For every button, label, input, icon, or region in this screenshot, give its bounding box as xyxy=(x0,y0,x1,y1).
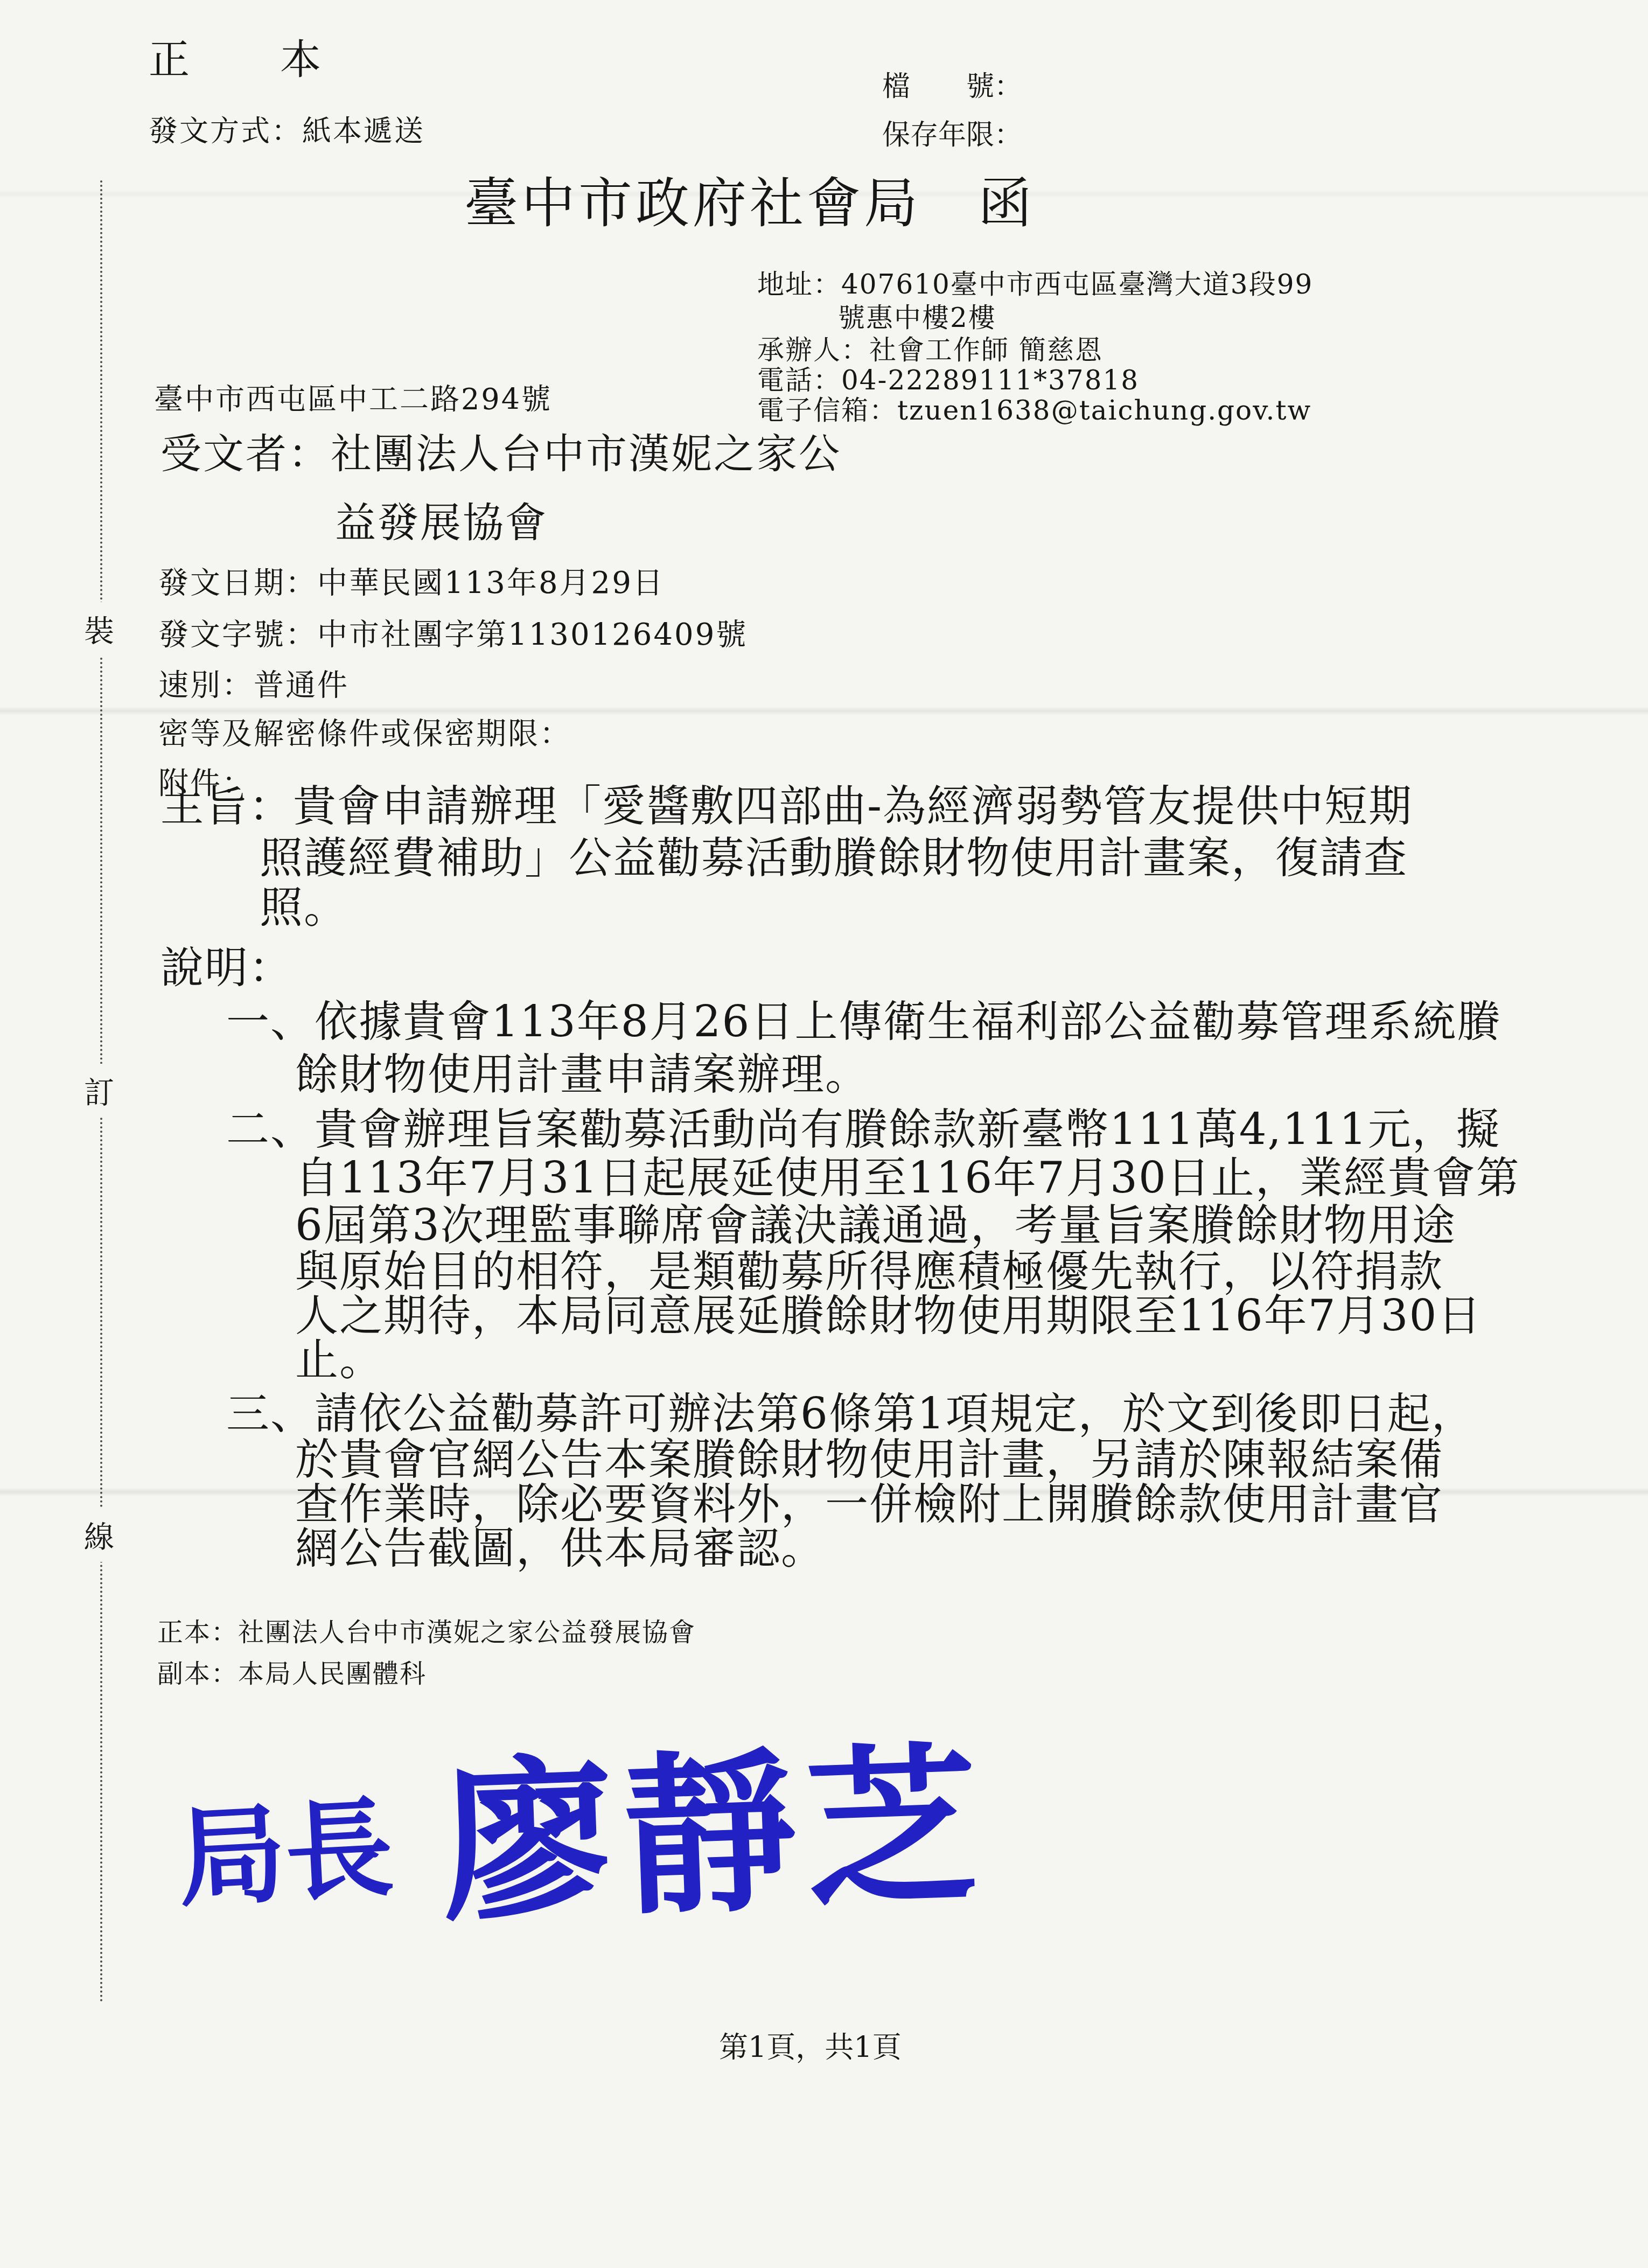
recipient-line1: 受文者：社團法人台中市漢妮之家公 xyxy=(160,431,841,477)
speed-class: 速別：普通件 xyxy=(158,669,349,703)
file-number-label: 檔 號： xyxy=(882,71,1022,102)
subject-line: 照護經費補助」公益勸募活動賸餘財物使用計畫案，復請查 xyxy=(260,834,1408,882)
issue-date: 發文日期：中華民國113年8月29日 xyxy=(158,567,665,601)
explanation-item3-line: 查作業時，除必要資料外，一併檢附上開賸餘款使用計畫官 xyxy=(295,1480,1443,1529)
explanation-item2-line: 6屆第3次理監事聯席會議決議通過，考量旨案賸餘財物用途 xyxy=(295,1201,1456,1250)
agency-phone: 電話：04-22289111*37818 xyxy=(757,365,1139,395)
signature-name: 廖靜芝 xyxy=(438,1729,991,1941)
explanation-item3-line: 於貴會官網公告本案賸餘財物使用計畫，另請於陳報結案備 xyxy=(295,1435,1443,1484)
binding-mark-ding: 訂 xyxy=(84,1064,114,1118)
explanation-item3-line: 三、請依公益勸募許可辦法第6條第1項規定，於文到後即日起， xyxy=(226,1390,1476,1438)
document-number: 發文字號：中市社團字第1130126409號 xyxy=(158,618,748,652)
explanation-item2-line: 止。 xyxy=(295,1336,383,1384)
explanation-item2-line: 與原始目的相符，是類勸募所得應積極優先執行，以符捐款 xyxy=(295,1247,1443,1296)
agency-email: 電子信箱：tzuen1638@taichung.gov.tw xyxy=(757,395,1311,425)
agency-contact-person: 承辦人：社會工作師 簡慈恩 xyxy=(757,335,1103,365)
scanned-official-letter: 裝 訂 線 正 本 發文方式：紙本遞送 檔 號： 保存年限： 臺中市政府社會局 … xyxy=(0,0,1648,2268)
recipient-line2: 益發展協會 xyxy=(335,500,548,546)
delivery-method: 發文方式：紙本遞送 xyxy=(149,115,425,148)
agency-address-line2: 號惠中樓2樓 xyxy=(838,303,996,333)
carbon-copy-recipient: 副本：本局人民團體科 xyxy=(157,1660,427,1689)
original-copy-recipient: 正本：社團法人台中市漢妮之家公益發展協會 xyxy=(157,1618,696,1648)
copy-type-label: 正 本 xyxy=(149,37,346,82)
agency-address-line1: 地址：407610臺中市西屯區臺灣大道3段99 xyxy=(757,269,1313,299)
explanation-item2-line: 自113年7月31日起展延使用至116年7月30日止，業經貴會第 xyxy=(295,1154,1520,1202)
explanation-item1-line: 一、依據貴會113年8月26日上傳衛生福利部公益勸募管理系統賸 xyxy=(226,997,1501,1046)
binding-mark-zhuang: 裝 xyxy=(84,602,114,656)
binding-mark-xian: 線 xyxy=(84,1508,114,1562)
subject-line: 主旨：貴會申請辦理「愛醬敷四部曲-為經濟弱勢管友提供中短期 xyxy=(160,782,1413,831)
retention-label: 保存年限： xyxy=(882,120,1022,151)
explanation-item2-line: 二、貴會辦理旨案勸募活動尚有賸餘款新臺幣111萬4,111元，擬 xyxy=(226,1105,1500,1154)
explanation-item1-line: 餘財物使用計畫申請案辦理。 xyxy=(295,1050,869,1099)
explanation-item2-line: 人之期待，本局同意展延賸餘財物使用期限至116年7月30日 xyxy=(295,1292,1482,1340)
explanation-item3-line: 網公告截圖，供本局審認。 xyxy=(295,1524,825,1573)
subject-line: 照。 xyxy=(260,883,348,932)
security-class: 密等及解密條件或保密期限： xyxy=(158,717,571,751)
paper-fold-line xyxy=(0,707,1648,715)
signature-title: 局長 xyxy=(174,1788,396,1920)
recipient-mail-address: 臺中市西屯區中工二路294號 xyxy=(154,383,552,416)
explanation-label: 說明： xyxy=(160,944,293,992)
page-number-footer: 第1頁，共1頁 xyxy=(719,2032,902,2064)
document-title: 臺中市政府社會局 函 xyxy=(464,173,1035,234)
